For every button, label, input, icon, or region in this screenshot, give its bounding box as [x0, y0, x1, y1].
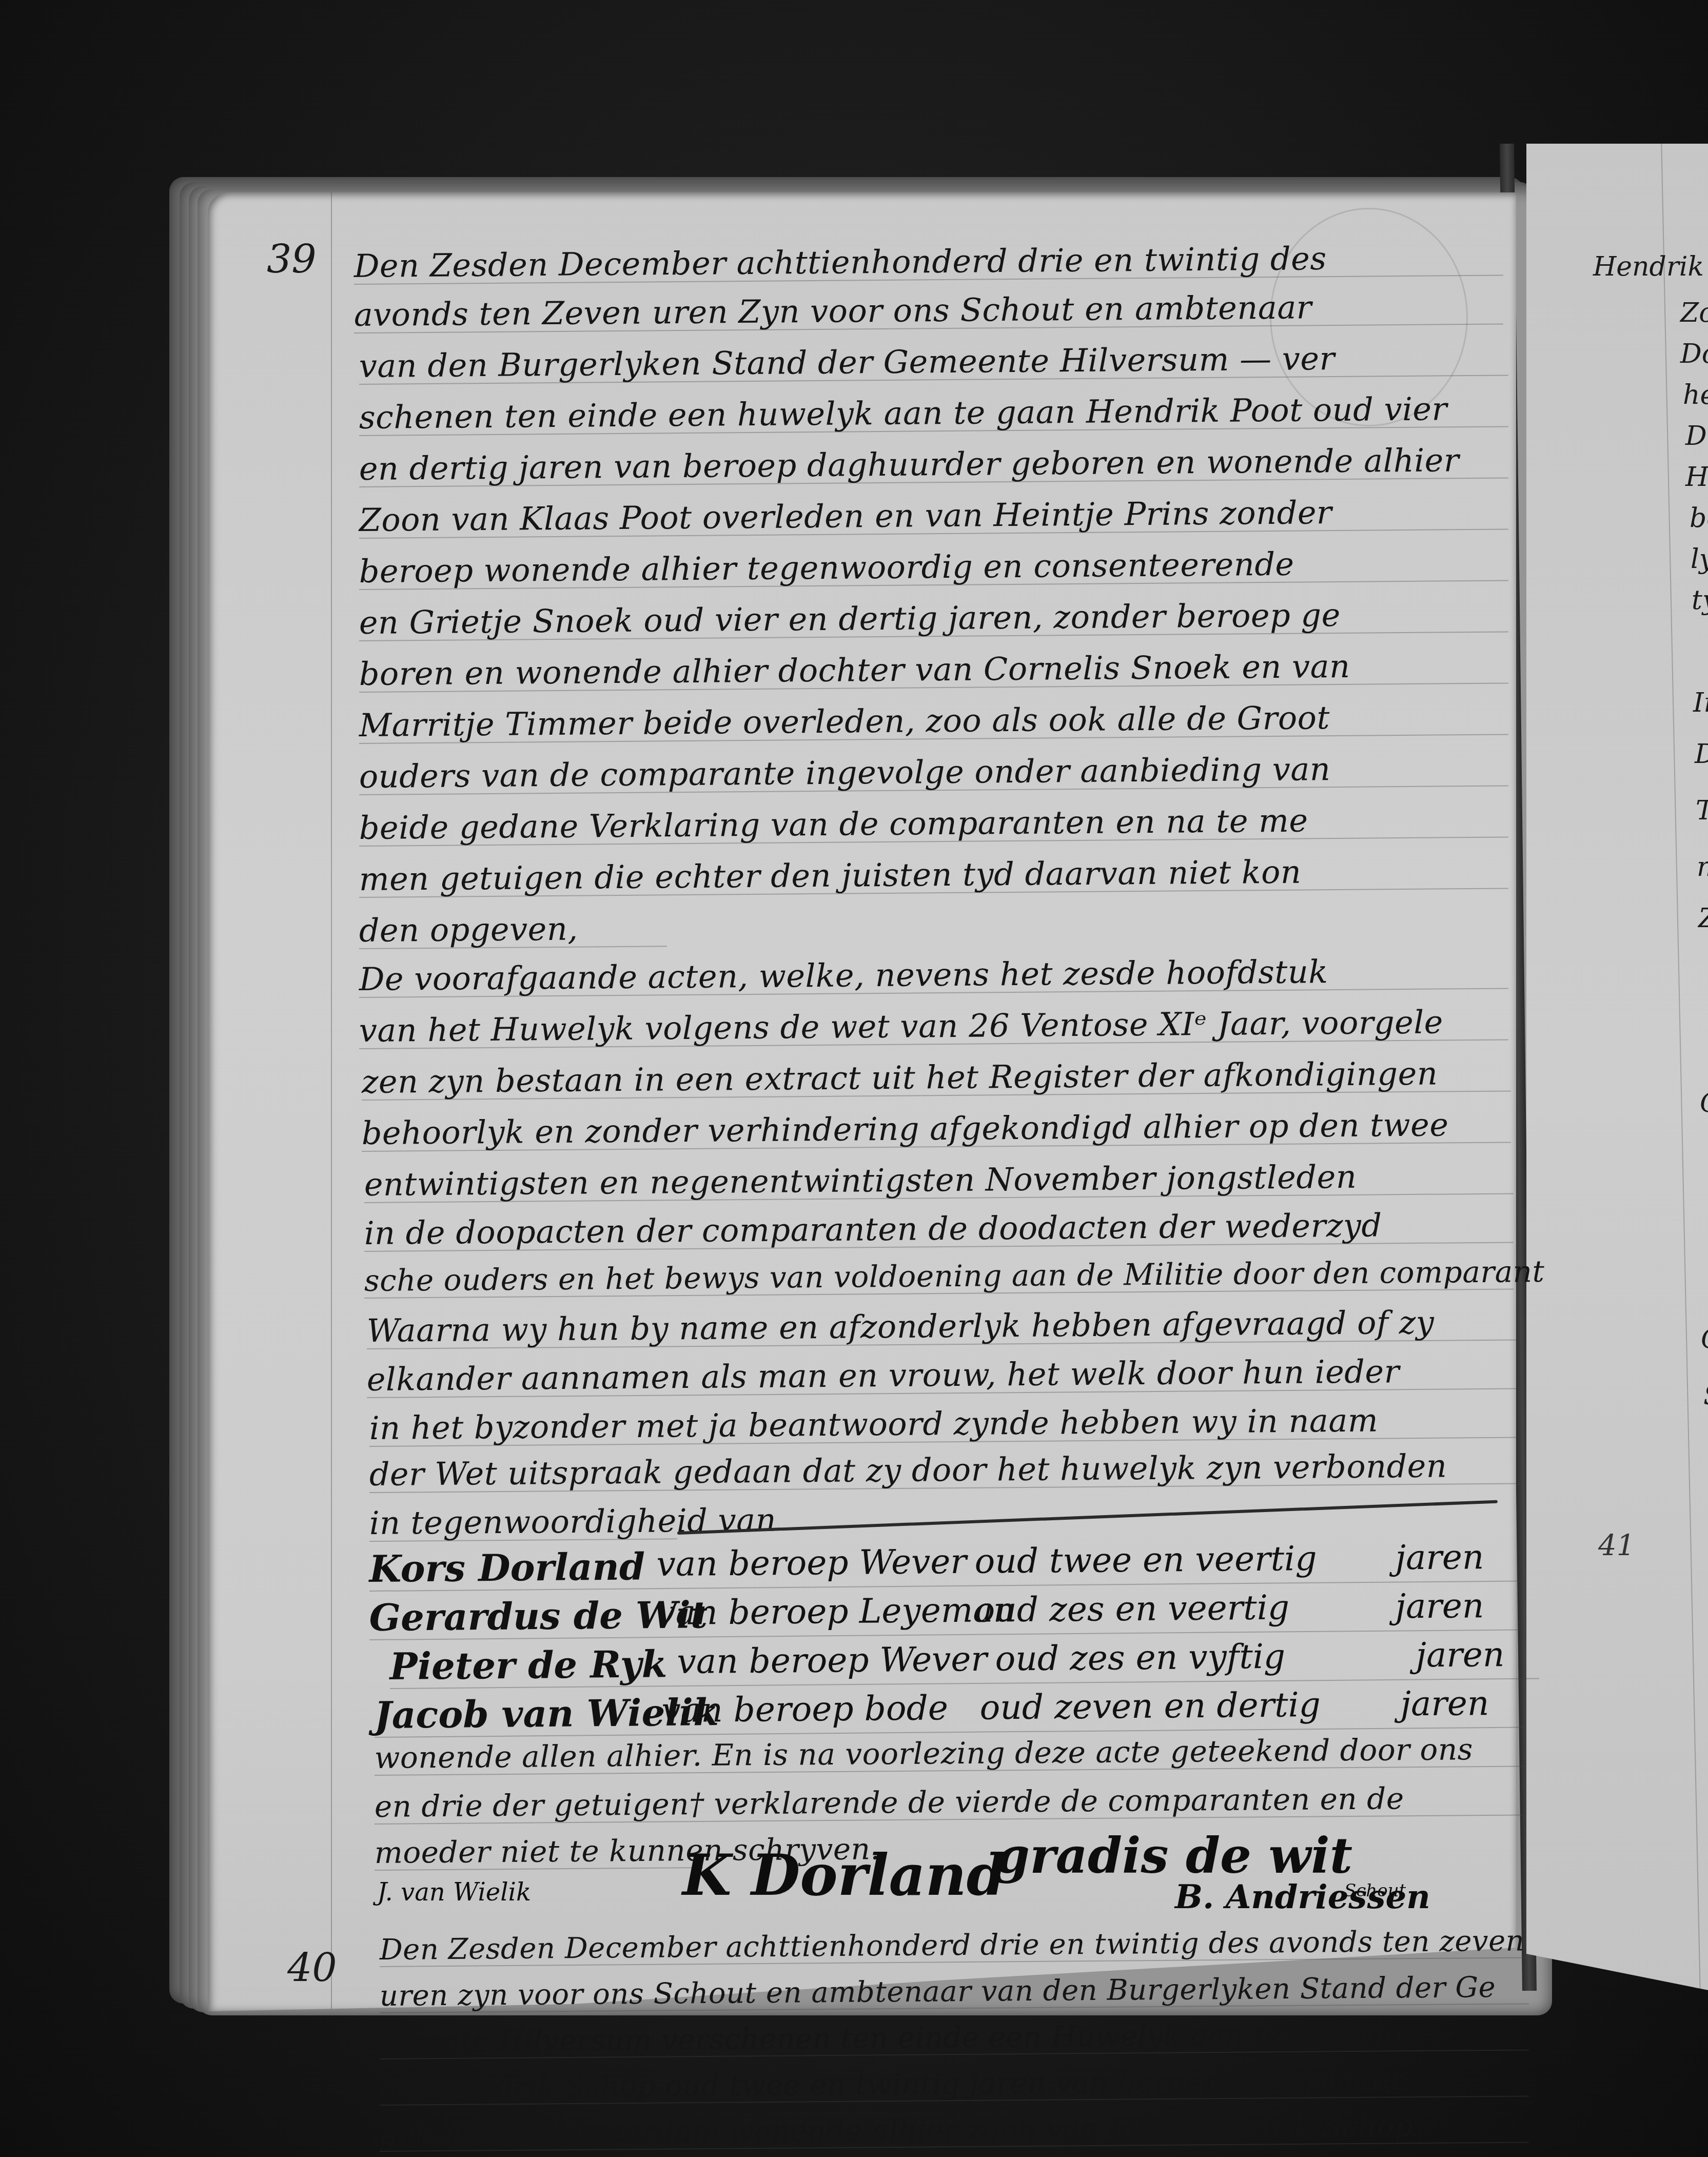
adjacent-text-fragment: In [1693, 688, 1708, 718]
adjacent-page: Hendrik Cor Zon Doch heer De Heeu beer l… [1526, 144, 1708, 1991]
entry-number: 40 [287, 1945, 337, 1990]
adjacent-text-fragment: Ge [1700, 1088, 1708, 1119]
witness-occupation: van beroep Wever [677, 1639, 995, 1685]
witness-age: oud zes en vyftig [995, 1636, 1416, 1683]
entry-39-closing-line: moeder niet te kunnen schryven. [374, 1834, 702, 1871]
adjacent-text-fragment: tyg [1692, 585, 1708, 616]
witness-name: Pieter de Ryk [389, 1642, 677, 1688]
adjacent-text-fragment: Co [1701, 1324, 1708, 1355]
adjacent-text-fragment: Do [1695, 739, 1708, 770]
witness-age: oud zeven en dertig [979, 1684, 1401, 1732]
adjacent-text-fragment: Se [1703, 1380, 1708, 1411]
adjacent-text-fragment: Zy [1698, 903, 1708, 934]
witness-age-unit: jaren [1416, 1635, 1519, 1679]
adjacent-text-fragment: Ty [1696, 795, 1708, 826]
adjacent-text-fragment: beer [1690, 503, 1708, 534]
adjacent-text-fragment: lyk [1691, 544, 1708, 575]
witness-age-unit: jaren [1400, 1683, 1503, 1728]
witness-occupation: van beroep bode [661, 1688, 980, 1734]
witness-age: oud zes en veertig [974, 1587, 1396, 1634]
witness-name: Jacob van Wielik [374, 1691, 662, 1737]
signature-witness: K Dorland [682, 1842, 1006, 1908]
signature-official-title: Schout [1344, 1880, 1406, 1901]
entry-39-line: den opgeven, [359, 911, 667, 949]
witness-age-unit: jaren [1395, 1537, 1498, 1582]
signature-witness: J. van Wielik [377, 1878, 531, 1907]
witness-age-unit: jaren [1395, 1586, 1498, 1631]
adjacent-text-fragment: Doch [1680, 339, 1708, 369]
signature-witness: gradis de wit [995, 1827, 1352, 1885]
margin-rule [331, 192, 332, 2011]
adjacent-text-fragment: De [1685, 421, 1708, 452]
witness-name: Kors Dorland [369, 1544, 657, 1591]
adjacent-entry-number: 41 [1598, 1529, 1635, 1562]
adjacent-text-fragment: nod [1697, 852, 1708, 883]
witness-occupation: van beroep Wever [656, 1542, 975, 1588]
entry-39-line: in tegenwoordigheid van [369, 1503, 677, 1542]
adjacent-text-fragment: Hendrik Cor [1593, 251, 1708, 282]
adjacent-text-fragment: Zon [1680, 298, 1708, 328]
witness-age: oud twee en veertig [974, 1538, 1396, 1585]
witness-name: Gerardus de Wit [369, 1593, 657, 1639]
witness-occupation: van beroep Leyeman [656, 1591, 975, 1637]
entry-number: 39 [267, 236, 317, 282]
adjacent-text-fragment: heer [1683, 380, 1708, 410]
adjacent-text-fragment: Heeu [1685, 462, 1708, 493]
